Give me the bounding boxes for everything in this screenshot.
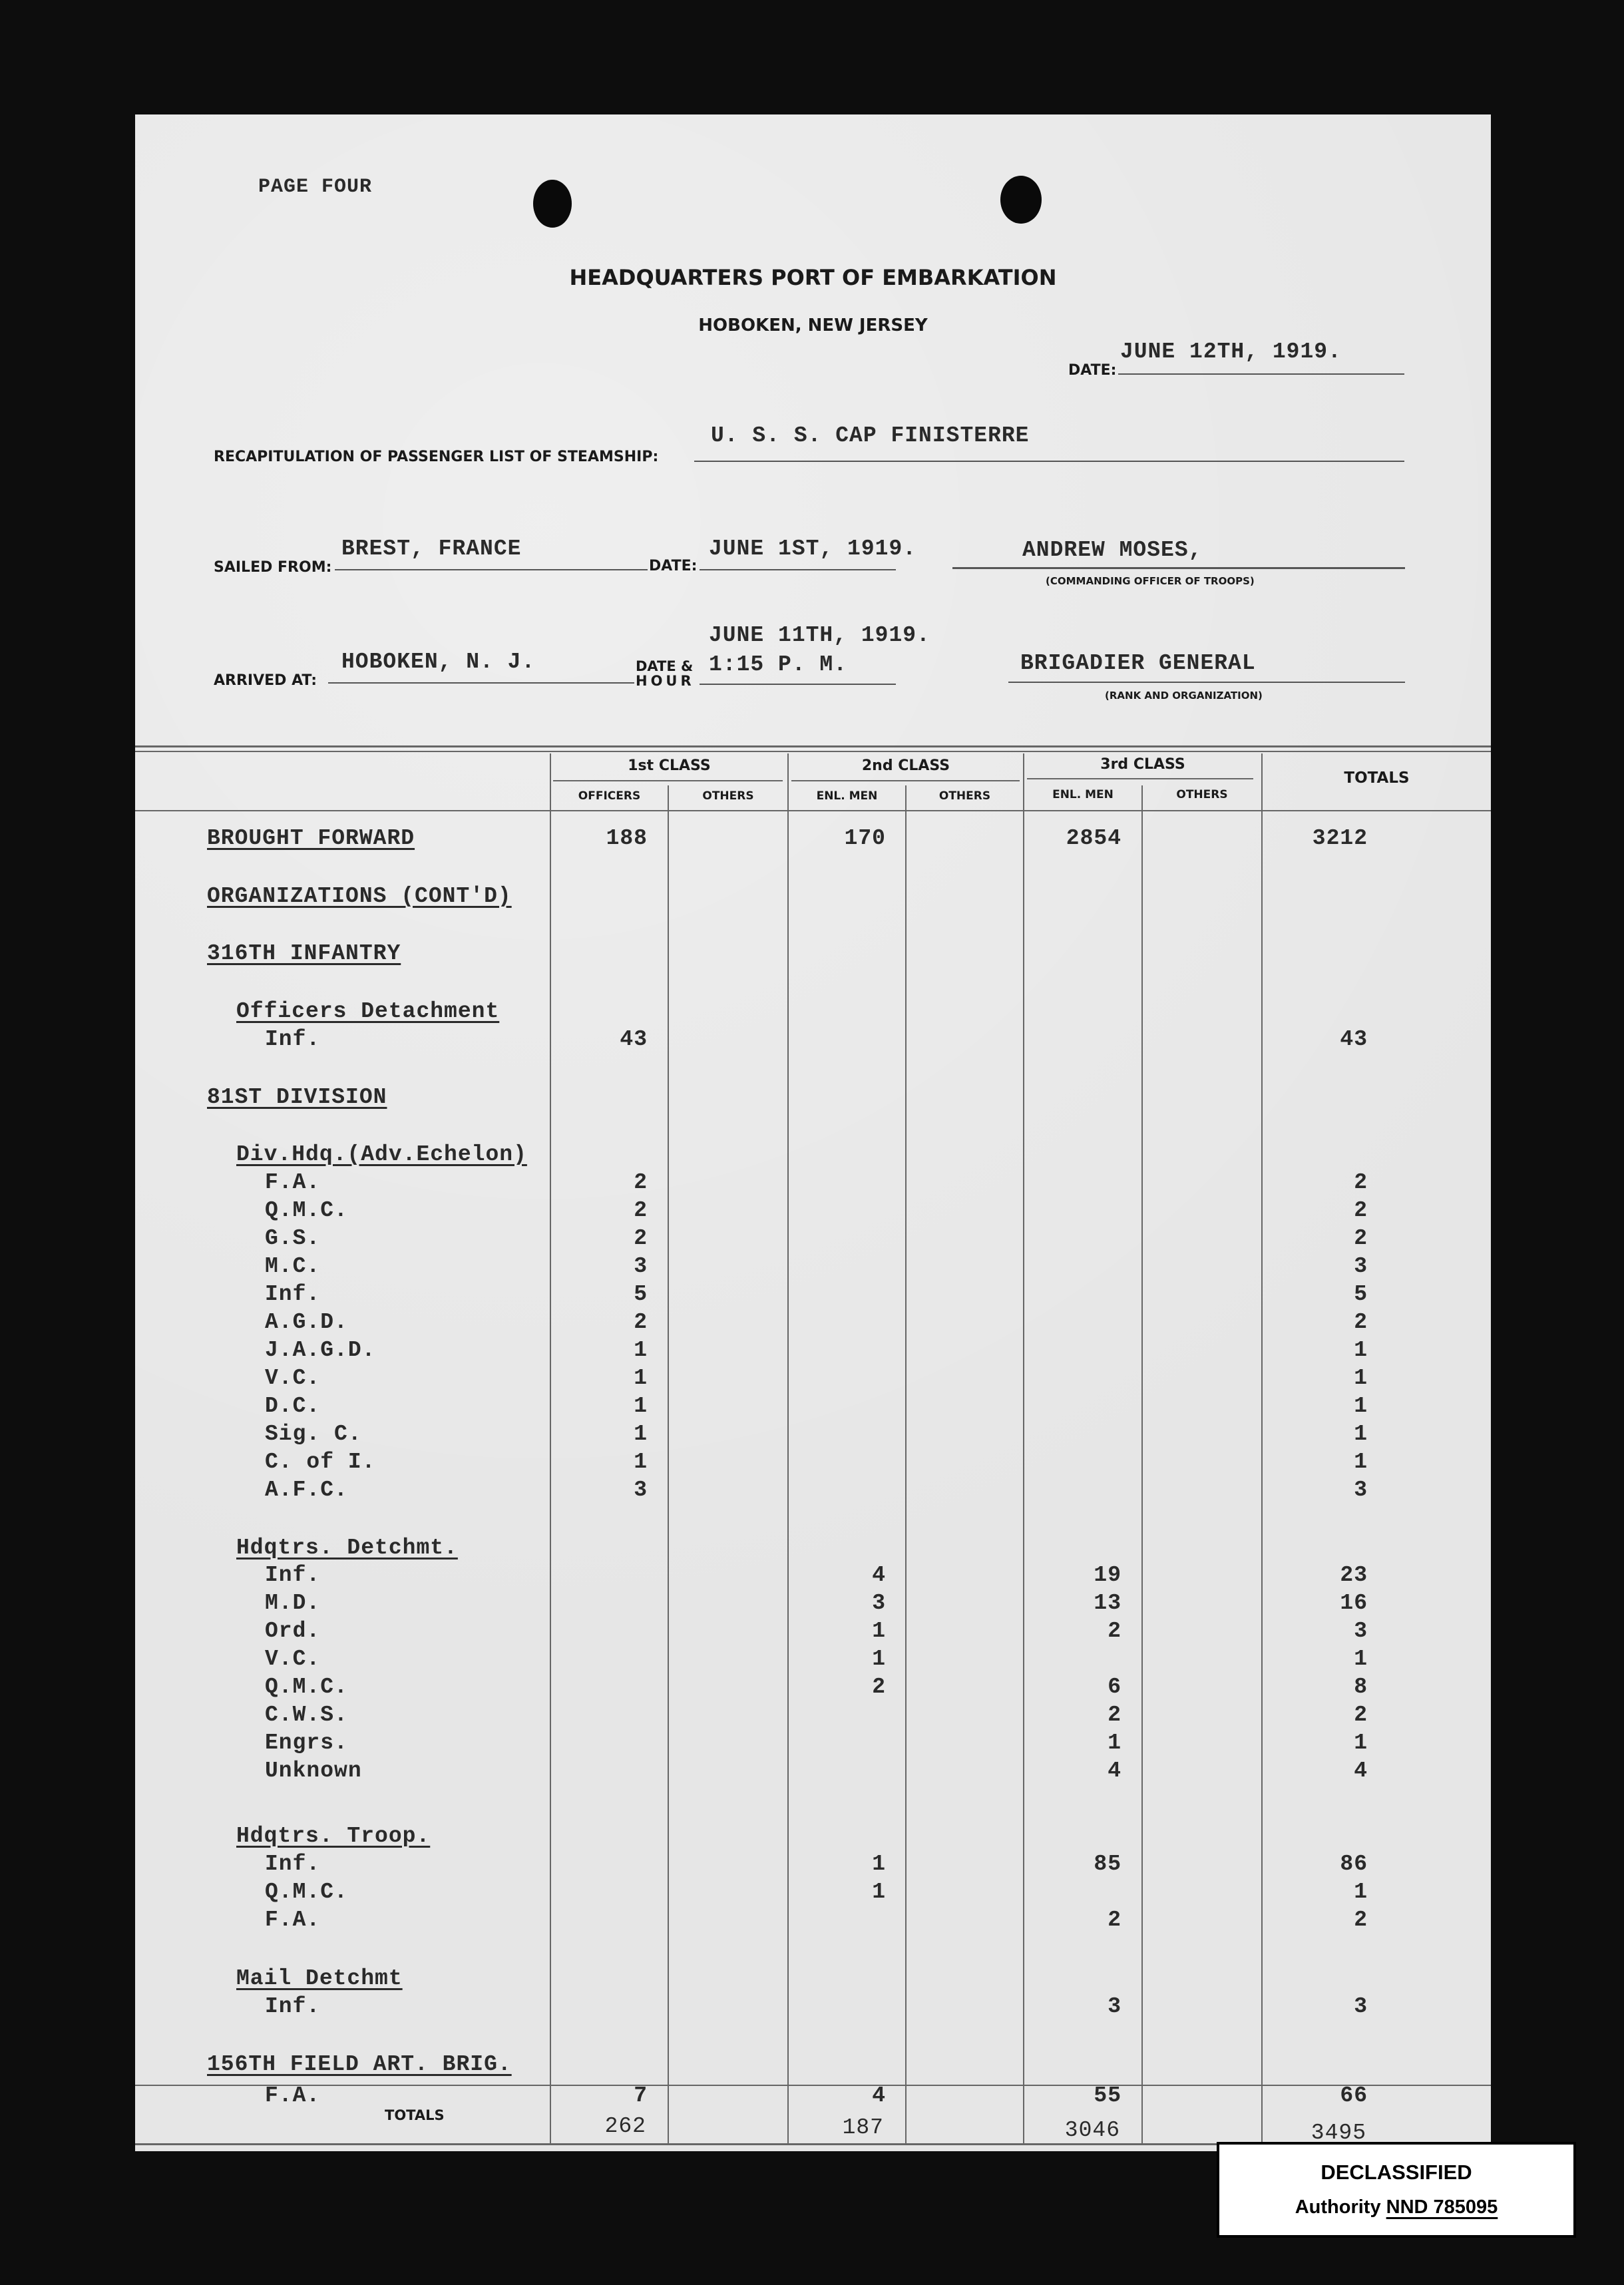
row-value: 4 bbox=[806, 1563, 886, 1587]
section-heading: Div.Hdq.(Adv.Echelon) bbox=[236, 1142, 527, 1167]
col-divider bbox=[1141, 785, 1143, 2143]
row-value: 2 bbox=[806, 1675, 886, 1699]
sailed-from-label: SAILED FROM: bbox=[214, 559, 331, 576]
sailed-date-underline bbox=[700, 569, 896, 570]
sailed-date: JUNE 1ST, 1919. bbox=[709, 536, 916, 561]
row-value: 4 bbox=[806, 2083, 886, 2108]
row-value: 1 bbox=[806, 1852, 886, 1876]
row-total: 2 bbox=[1288, 1310, 1368, 1335]
row-value: 7 bbox=[568, 2083, 648, 2108]
row-label: Inf. bbox=[265, 1563, 320, 1587]
subheader-others: OTHERS bbox=[669, 789, 787, 803]
row-label: Unknown bbox=[265, 1759, 362, 1783]
row-value: 2854 bbox=[1042, 826, 1121, 851]
steamship-name: U. S. S. CAP FINISTERRE bbox=[711, 423, 1029, 448]
section-heading: Mail Detchmt bbox=[236, 1966, 403, 1991]
col-divider bbox=[1023, 753, 1024, 2143]
section-heading: Officers Detachment bbox=[236, 999, 499, 1024]
recap-label: RECAPITULATION OF PASSENGER LIST OF STEA… bbox=[214, 449, 658, 465]
totals-header: TOTALS bbox=[1263, 769, 1491, 787]
row-label: F.A. bbox=[265, 2083, 320, 2108]
row-value: 1 bbox=[568, 1394, 648, 1418]
row-value: 2 bbox=[1042, 1908, 1121, 1932]
row-total: 1 bbox=[1288, 1366, 1368, 1390]
total-3rd-enl-men: 3046 bbox=[1040, 2118, 1120, 2143]
row-label: M.C. bbox=[265, 1254, 320, 1279]
row-label: D.C. bbox=[265, 1394, 320, 1418]
rank-caption: (RANK AND ORGANIZATION) bbox=[1105, 690, 1263, 702]
col-divider bbox=[1261, 753, 1263, 2143]
row-value: 3 bbox=[1042, 1994, 1121, 2019]
section-heading: BROUGHT FORWARD bbox=[207, 826, 415, 851]
row-value: 2 bbox=[568, 1226, 648, 1251]
col-divider bbox=[787, 753, 789, 2143]
arrival-hour: 1:15 P. M. bbox=[709, 652, 847, 677]
sailed-date-label: DATE: bbox=[649, 558, 697, 574]
row-total: 4 bbox=[1288, 1759, 1368, 1783]
row-label: G.S. bbox=[265, 1226, 320, 1251]
header-subtitle: HOBOKEN, NEW JERSEY bbox=[135, 315, 1491, 335]
row-label: Q.M.C. bbox=[265, 1198, 348, 1223]
row-value: 1 bbox=[568, 1422, 648, 1446]
row-value: 6 bbox=[1042, 1675, 1121, 1699]
row-value: 5 bbox=[568, 1282, 648, 1307]
row-value: 1 bbox=[806, 1880, 886, 1904]
row-value: 188 bbox=[568, 826, 648, 851]
section-heading: Hdqtrs. Detchmt. bbox=[236, 1536, 458, 1560]
commanding-officer-caption: (COMMANDING OFFICER OF TROOPS) bbox=[1046, 575, 1255, 587]
group-rule bbox=[553, 780, 783, 781]
section-heading: 156TH FIELD ART. BRIG. bbox=[207, 2052, 512, 2077]
row-value: 3 bbox=[568, 1478, 648, 1502]
row-label: Engrs. bbox=[265, 1731, 348, 1755]
table-top-rule bbox=[135, 745, 1491, 747]
arrival-date: JUNE 11TH, 1919. bbox=[709, 623, 930, 648]
subheader-enl-men: ENL. MEN bbox=[789, 789, 905, 803]
row-value: 13 bbox=[1042, 1591, 1121, 1615]
row-label: M.D. bbox=[265, 1591, 320, 1615]
row-value: 2 bbox=[1042, 1703, 1121, 1727]
row-total: 2 bbox=[1288, 1226, 1368, 1251]
document-page: PAGE FOUR HEADQUARTERS PORT OF EMBARKATI… bbox=[135, 114, 1491, 2151]
row-total: 3 bbox=[1288, 1478, 1368, 1502]
row-value: 1 bbox=[568, 1450, 648, 1474]
total-1st-officers: 262 bbox=[566, 2114, 646, 2139]
row-total: 8 bbox=[1288, 1675, 1368, 1699]
row-total: 16 bbox=[1288, 1591, 1368, 1615]
punch-hole-right bbox=[1000, 176, 1042, 224]
group-header-3rd-class: 3rd CLASS bbox=[1024, 756, 1261, 773]
row-total: 3 bbox=[1288, 1619, 1368, 1643]
row-total: 66 bbox=[1288, 2083, 1368, 2108]
arrival-label-hour: HOUR bbox=[636, 673, 695, 689]
subheader-others: OTHERS bbox=[907, 789, 1023, 803]
row-value: 3 bbox=[568, 1254, 648, 1279]
stamp-authority: Authority NND 785095 bbox=[1219, 2196, 1573, 2218]
row-label: Ord. bbox=[265, 1619, 320, 1643]
arrived-at-underline bbox=[328, 682, 634, 684]
arrived-at: HOBOKEN, N. J. bbox=[341, 650, 535, 674]
row-value: 85 bbox=[1042, 1852, 1121, 1876]
header-title: HEADQUARTERS PORT OF EMBARKATION bbox=[135, 265, 1491, 290]
sailed-from: BREST, FRANCE bbox=[341, 536, 521, 561]
totals-row-label: TOTALS bbox=[385, 2107, 445, 2123]
group-header-1st-class: 1st CLASS bbox=[551, 757, 787, 774]
row-label: V.C. bbox=[265, 1647, 320, 1671]
row-label: Inf. bbox=[265, 1994, 320, 2019]
row-value: 2 bbox=[568, 1310, 648, 1335]
row-label: Inf. bbox=[265, 1852, 320, 1876]
row-total: 2 bbox=[1288, 1198, 1368, 1223]
punch-hole-left bbox=[533, 180, 572, 228]
row-value: 2 bbox=[568, 1198, 648, 1223]
row-total: 2 bbox=[1288, 1703, 1368, 1727]
rank-underline bbox=[1008, 682, 1405, 683]
row-label: A.G.D. bbox=[265, 1310, 348, 1335]
rank: BRIGADIER GENERAL bbox=[1020, 651, 1256, 676]
header-bottom-rule bbox=[135, 810, 1491, 811]
row-value: 1 bbox=[568, 1338, 648, 1362]
page-label: PAGE FOUR bbox=[258, 176, 372, 198]
arrival-date-hour-label: DATE &HOUR bbox=[636, 659, 695, 688]
col-divider bbox=[668, 785, 669, 2143]
arrived-at-label: ARRIVED AT: bbox=[214, 672, 317, 689]
row-total: 2 bbox=[1288, 1170, 1368, 1195]
row-total: 1 bbox=[1288, 1422, 1368, 1446]
row-total: 3 bbox=[1288, 1994, 1368, 2019]
row-total: 2 bbox=[1288, 1908, 1368, 1932]
row-label: Inf. bbox=[265, 1027, 320, 1052]
group-rule bbox=[791, 780, 1020, 781]
row-total: 5 bbox=[1288, 1282, 1368, 1307]
section-heading: ORGANIZATIONS (CONT'D) bbox=[207, 884, 512, 909]
arrival-hour-underline bbox=[700, 684, 896, 685]
row-label: F.A. bbox=[265, 1170, 320, 1195]
row-label: A.F.C. bbox=[265, 1478, 348, 1502]
row-label: Sig. C. bbox=[265, 1422, 362, 1446]
subheader-officers: OFFICERS bbox=[551, 789, 668, 803]
row-value: 4 bbox=[1042, 1759, 1121, 1783]
row-label: C. of I. bbox=[265, 1450, 375, 1474]
row-value: 1 bbox=[1042, 1731, 1121, 1755]
sailed-from-underline bbox=[335, 569, 648, 570]
row-total: 3 bbox=[1288, 1254, 1368, 1279]
row-label: Q.M.C. bbox=[265, 1675, 348, 1699]
row-total: 1 bbox=[1288, 1880, 1368, 1904]
row-total: 1 bbox=[1288, 1647, 1368, 1671]
section-heading: 81ST DIVISION bbox=[207, 1085, 387, 1110]
stamp-title: DECLASSIFIED bbox=[1219, 2161, 1573, 2184]
group-header-2nd-class: 2nd CLASS bbox=[789, 757, 1023, 774]
row-label: J.A.G.D. bbox=[265, 1338, 375, 1362]
commanding-officer-underline bbox=[952, 567, 1405, 569]
row-value: 43 bbox=[568, 1027, 648, 1052]
commanding-officer: ANDREW MOSES, bbox=[1022, 538, 1202, 562]
row-total: 1 bbox=[1288, 1338, 1368, 1362]
authority-label: Authority bbox=[1295, 2196, 1381, 2218]
row-label: V.C. bbox=[265, 1366, 320, 1390]
row-value: 19 bbox=[1042, 1563, 1121, 1587]
row-value: 1 bbox=[806, 1647, 886, 1671]
subheader-enl-men: ENL. MEN bbox=[1024, 788, 1141, 801]
row-value: 1 bbox=[806, 1619, 886, 1643]
arrival-label-date: DATE & bbox=[636, 658, 693, 674]
row-value: 55 bbox=[1042, 2083, 1121, 2108]
row-value: 2 bbox=[1042, 1619, 1121, 1643]
row-total: 43 bbox=[1288, 1027, 1368, 1052]
row-value: 1 bbox=[568, 1366, 648, 1390]
row-total: 1 bbox=[1288, 1450, 1368, 1474]
row-value: 3 bbox=[806, 1591, 886, 1615]
section-heading: Hdqtrs. Troop. bbox=[236, 1824, 430, 1848]
row-total: 1 bbox=[1288, 1731, 1368, 1755]
row-total: 3212 bbox=[1288, 826, 1368, 851]
group-rule bbox=[1027, 778, 1253, 779]
row-label: C.W.S. bbox=[265, 1703, 348, 1727]
declassified-stamp: DECLASSIFIED Authority NND 785095 bbox=[1217, 2142, 1576, 2238]
row-label: Inf. bbox=[265, 1282, 320, 1307]
steamship-underline bbox=[694, 461, 1404, 462]
col-divider bbox=[550, 753, 551, 2143]
row-label: F.A. bbox=[265, 1908, 320, 1932]
document-date: JUNE 12TH, 1919. bbox=[1120, 339, 1342, 364]
date-underline bbox=[1118, 373, 1404, 375]
row-label: Q.M.C. bbox=[265, 1880, 348, 1904]
section-heading: 316TH INFANTRY bbox=[207, 941, 401, 966]
date-label: DATE: bbox=[1068, 362, 1116, 379]
authority-value: NND 785095 bbox=[1386, 2196, 1498, 2218]
row-value: 170 bbox=[806, 826, 886, 851]
row-total: 23 bbox=[1288, 1563, 1368, 1587]
row-total: 86 bbox=[1288, 1852, 1368, 1876]
row-total: 1 bbox=[1288, 1394, 1368, 1418]
col-divider bbox=[905, 785, 907, 2143]
row-value: 2 bbox=[568, 1170, 648, 1195]
subheader-others: OTHERS bbox=[1143, 788, 1261, 801]
total-2nd-enl-men: 187 bbox=[804, 2115, 884, 2140]
table-top-rule-2 bbox=[135, 751, 1491, 752]
